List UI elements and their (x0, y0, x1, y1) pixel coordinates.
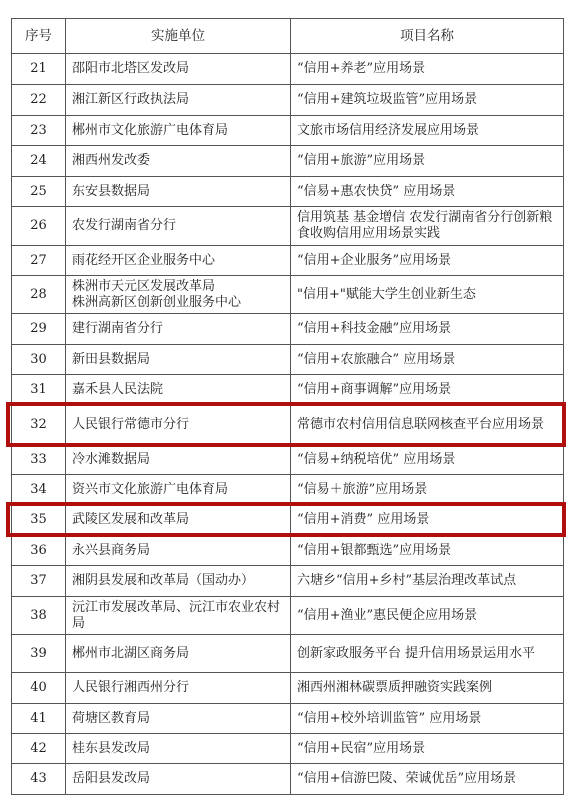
row-implementing-unit: 株洲市天元区发展改革局 株洲高新区创新创业服务中心 (66, 276, 291, 314)
row-serial-number: 43 (12, 764, 66, 795)
row-implementing-unit: 武陵区发展和改革局 (66, 505, 291, 536)
table-row: 22湘江新区行政执法局“信用+建筑垃圾监管”应用场景 (12, 85, 564, 116)
table-row: 29建行湖南省分行“信用+科技金融”应用场景 (12, 314, 564, 345)
table-row: 40人民银行湘西州分行湘西州湘林碳票质押融资实践案例 (12, 673, 564, 704)
row-implementing-unit: 农发行湖南省分行 (66, 207, 291, 246)
table-row: 43岳阳县发改局“信用+信游巴陵、荣诚优岳”应用场景 (12, 764, 564, 795)
row-project-name: 湘西州湘林碳票质押融资实践案例 (291, 673, 564, 704)
row-project-name: “信用+建筑垃圾监管”应用场景 (291, 85, 564, 116)
row-project-name: 常德市农村信用信息联网核查平台应用场景 (291, 405, 564, 446)
table-row: 25东安县数据局 “信易+惠农快贷” 应用场景 (12, 177, 564, 207)
row-implementing-unit: 邵阳市北塔区发改局 (66, 54, 291, 85)
row-implementing-unit: 冷水滩数据局 (66, 446, 291, 475)
row-implementing-unit: 郴州市北湖区商务局 (66, 635, 291, 673)
row-project-name: 文旅市场信用经济发展应用场景 (291, 116, 564, 146)
row-serial-number: 26 (12, 207, 66, 246)
row-implementing-unit: 永兴县商务局 (66, 536, 291, 566)
row-project-name: “信用+养老”应用场景 (291, 54, 564, 85)
table-header-row: 序号 实施单位 项目名称 (12, 19, 564, 54)
table-row: 24湘西州发改委“信用+旅游”应用场景 (12, 146, 564, 177)
row-serial-number: 42 (12, 734, 66, 764)
row-project-name: “信用+旅游”应用场景 (291, 146, 564, 177)
row-project-name: “信易+惠农快贷” 应用场景 (291, 177, 564, 207)
row-serial-number: 36 (12, 536, 66, 566)
row-implementing-unit: 人民银行常德市分行 (66, 405, 291, 446)
row-project-name: “信用+校外培训监管” 应用场景 (291, 704, 564, 734)
row-project-name: 创新家政服务平台 提升信用场景运用水平 (291, 635, 564, 673)
row-serial-number: 41 (12, 704, 66, 734)
table-row: 42桂东县发改局“信用+民宿”应用场景 (12, 734, 564, 764)
row-serial-number: 21 (12, 54, 66, 85)
table-row: 31嘉禾县人民法院“信用+商事调解”应用场景 (12, 375, 564, 405)
row-serial-number: 27 (12, 246, 66, 276)
row-implementing-unit: 湘阴县发展和改革局（国动办） (66, 566, 291, 597)
row-serial-number: 39 (12, 635, 66, 673)
table-row: 34资兴市文化旅游广电体育局“信易＋旅游”应用场景 (12, 475, 564, 505)
row-implementing-unit: 嘉禾县人民法院 (66, 375, 291, 405)
header-serial-number: 序号 (12, 19, 66, 54)
row-implementing-unit: 湘江新区行政执法局 (66, 85, 291, 116)
project-table: 序号 实施单位 项目名称 21邵阳市北塔区发改局“信用+养老”应用场景22湘江新… (11, 18, 564, 795)
row-implementing-unit: 东安县数据局 (66, 177, 291, 207)
row-serial-number: 24 (12, 146, 66, 177)
row-project-name: “信易＋旅游”应用场景 (291, 475, 564, 505)
row-project-name: “信用+消费” 应用场景 (291, 505, 564, 536)
row-serial-number: 32 (12, 405, 66, 446)
row-implementing-unit: 雨花经开区企业服务中心 (66, 246, 291, 276)
table-row: 36永兴县商务局“信用+银都甄选”应用场景 (12, 536, 564, 566)
table-row: 28株洲市天元区发展改革局 株洲高新区创新创业服务中心"信用+"赋能大学生创业新… (12, 276, 564, 314)
row-serial-number: 33 (12, 446, 66, 475)
header-implementing-unit: 实施单位 (66, 19, 291, 54)
row-serial-number: 40 (12, 673, 66, 704)
row-serial-number: 34 (12, 475, 66, 505)
table-row: 26农发行湖南省分行信用筑基 基金增信 农发行湖南省分行创新粮食收购信用应用场景… (12, 207, 564, 246)
header-project-name: 项目名称 (291, 19, 564, 54)
table-row: 30新田县数据局 “信用+农旅融合” 应用场景 (12, 345, 564, 375)
row-implementing-unit: 郴州市文化旅游广电体育局 (66, 116, 291, 146)
row-project-name: “信用+信游巴陵、荣诚优岳”应用场景 (291, 764, 564, 795)
row-implementing-unit: 人民银行湘西州分行 (66, 673, 291, 704)
row-serial-number: 35 (12, 505, 66, 536)
row-project-name: “信用+商事调解”应用场景 (291, 375, 564, 405)
row-serial-number: 28 (12, 276, 66, 314)
row-project-name: "信用+"赋能大学生创业新生态 (291, 276, 564, 314)
row-serial-number: 22 (12, 85, 66, 116)
row-project-name: “信用+农旅融合” 应用场景 (291, 345, 564, 375)
table-row: 23郴州市文化旅游广电体育局文旅市场信用经济发展应用场景 (12, 116, 564, 146)
table-row: 41荷塘区教育局 “信用+校外培训监管” 应用场景 (12, 704, 564, 734)
row-serial-number: 25 (12, 177, 66, 207)
row-implementing-unit: 建行湖南省分行 (66, 314, 291, 345)
table-row: 38沅江市发展改革局、沅江市农业农村局“信用+渔业”惠民便企应用场景 (12, 597, 564, 635)
table-row: 35武陵区发展和改革局 “信用+消费” 应用场景 (12, 505, 564, 536)
table-row: 37湘阴县发展和改革局（国动办）六塘乡“信用+乡村”基层治理改革试点 (12, 566, 564, 597)
row-serial-number: 31 (12, 375, 66, 405)
row-implementing-unit: 沅江市发展改革局、沅江市农业农村局 (66, 597, 291, 635)
row-serial-number: 38 (12, 597, 66, 635)
row-project-name: “信用+企业服务”应用场景 (291, 246, 564, 276)
row-project-name: “信用+民宿”应用场景 (291, 734, 564, 764)
table-row: 39郴州市北湖区商务局创新家政服务平台 提升信用场景运用水平 (12, 635, 564, 673)
table-row: 32人民银行常德市分行常德市农村信用信息联网核查平台应用场景 (12, 405, 564, 446)
row-project-name: “信用+渔业”惠民便企应用场景 (291, 597, 564, 635)
row-implementing-unit: 岳阳县发改局 (66, 764, 291, 795)
row-implementing-unit: 荷塘区教育局 (66, 704, 291, 734)
row-project-name: 信用筑基 基金增信 农发行湖南省分行创新粮食收购信用应用场景实践 (291, 207, 564, 246)
table-row: 27雨花经开区企业服务中心“信用+企业服务”应用场景 (12, 246, 564, 276)
row-project-name: 六塘乡“信用+乡村”基层治理改革试点 (291, 566, 564, 597)
table-row: 21邵阳市北塔区发改局“信用+养老”应用场景 (12, 54, 564, 85)
row-project-name: “信用+科技金融”应用场景 (291, 314, 564, 345)
row-serial-number: 37 (12, 566, 66, 597)
row-implementing-unit: 资兴市文化旅游广电体育局 (66, 475, 291, 505)
row-implementing-unit: 新田县数据局 (66, 345, 291, 375)
row-serial-number: 30 (12, 345, 66, 375)
row-project-name: “信用+银都甄选”应用场景 (291, 536, 564, 566)
row-implementing-unit: 桂东县发改局 (66, 734, 291, 764)
row-serial-number: 29 (12, 314, 66, 345)
row-serial-number: 23 (12, 116, 66, 146)
row-implementing-unit: 湘西州发改委 (66, 146, 291, 177)
table-row: 33冷水滩数据局 “信易+纳税培优” 应用场景 (12, 446, 564, 475)
row-project-name: “信易+纳税培优” 应用场景 (291, 446, 564, 475)
